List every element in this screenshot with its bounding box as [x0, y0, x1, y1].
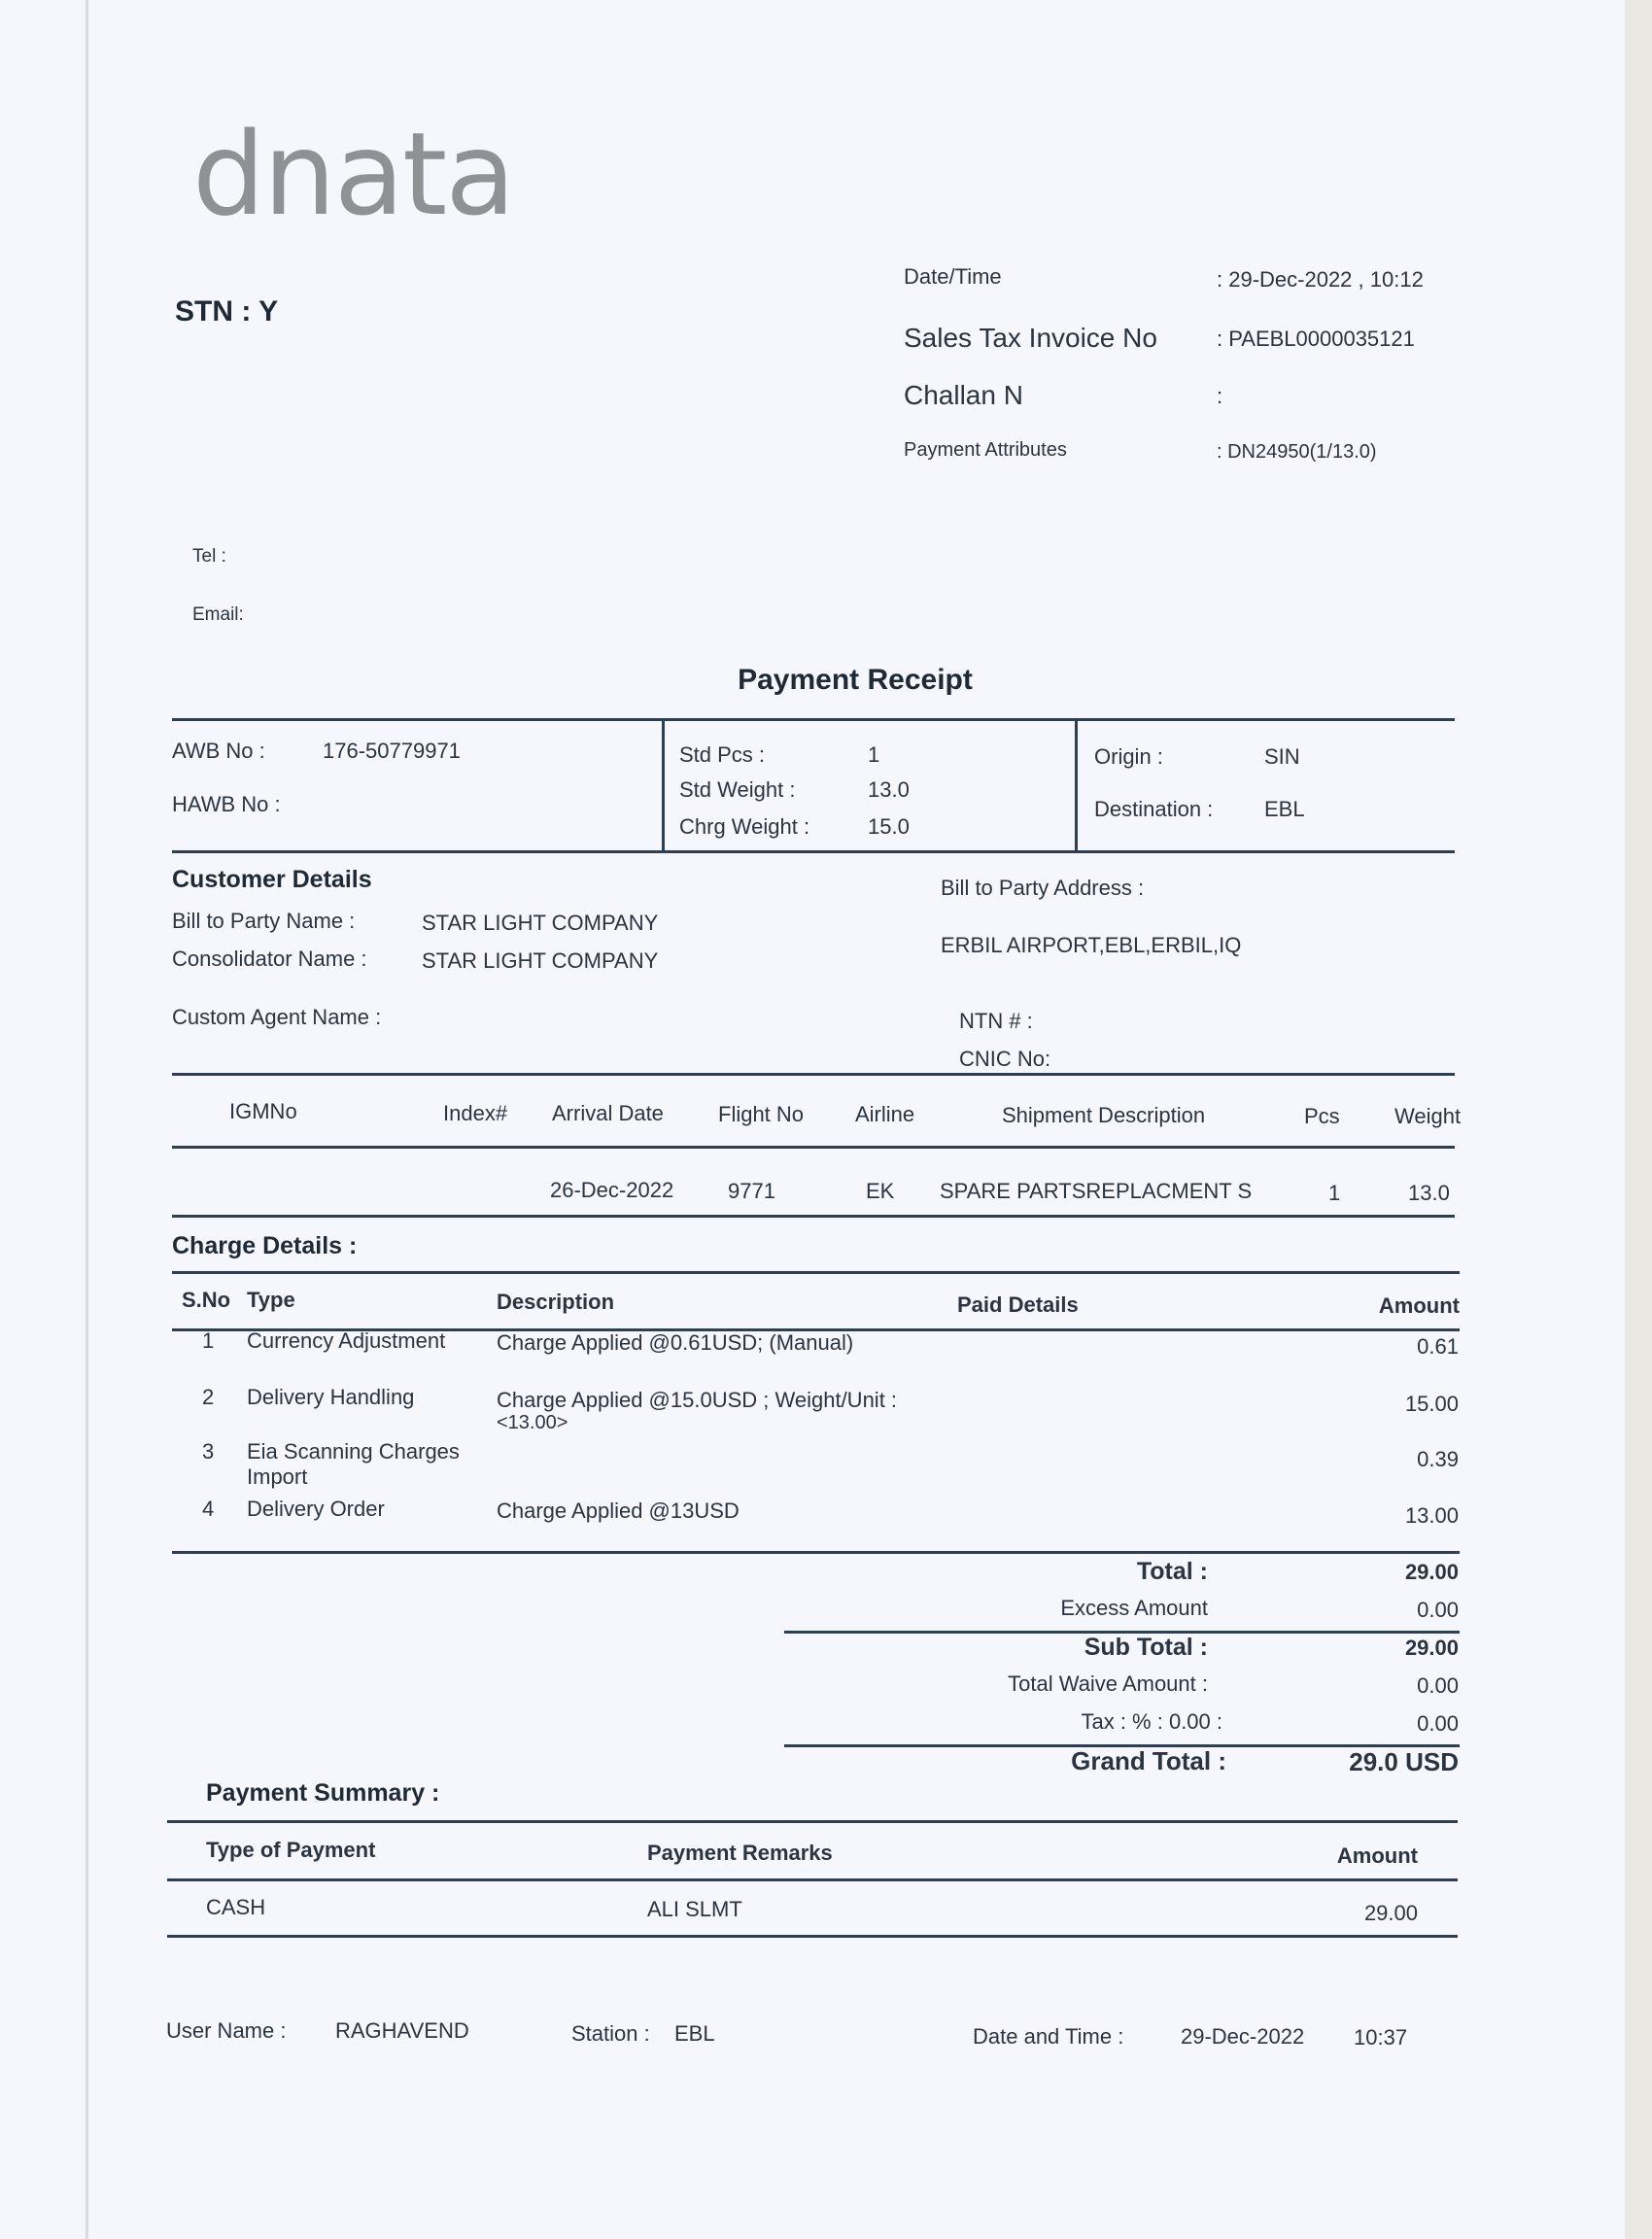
charge-type: Delivery Handling: [247, 1385, 414, 1410]
charge-description-line2: <13.00>: [497, 1412, 568, 1434]
cnic-label: CNIC No:: [959, 1047, 1050, 1072]
charge-sno: 3: [202, 1439, 214, 1464]
col-description: Description: [497, 1290, 614, 1315]
col-index: Index#: [443, 1101, 507, 1126]
sub-total-value: 29.00: [1263, 1636, 1459, 1661]
total-waive-amount-value: 0.00: [1263, 1673, 1459, 1699]
total-waive-amount-label: Total Waive Amount :: [875, 1671, 1208, 1697]
bill-to-party-name-label: Bill to Party Name :: [172, 909, 355, 934]
stn-label: STN : Y: [175, 295, 278, 328]
email-label: Email:: [192, 604, 244, 626]
page-title: Payment Receipt: [0, 664, 1652, 697]
divider: [172, 1146, 1455, 1149]
shipment-description-cell: SPARE PARTSREPLACMENT S: [940, 1179, 1252, 1204]
col-paid-details: Paid Details: [957, 1292, 1079, 1318]
excess-amount-label: Excess Amount: [875, 1596, 1208, 1621]
tax-label: Tax : % : 0.00 :: [875, 1709, 1222, 1735]
sales-tax-invoice-label: Sales Tax Invoice No: [904, 323, 1157, 354]
total-label: Total :: [875, 1558, 1208, 1586]
custom-agent-label: Custom Agent Name :: [172, 1005, 381, 1030]
charge-sno: 2: [202, 1385, 214, 1410]
divider: [172, 718, 1455, 721]
destination-label: Destination :: [1094, 797, 1213, 822]
challan-label: Challan N: [904, 380, 1023, 411]
footer-date-value: 29-Dec-2022: [1181, 2024, 1304, 2050]
col-type: Type: [247, 1288, 295, 1313]
charge-amount: 15.00: [1263, 1392, 1459, 1417]
awb-value: 176-50779971: [323, 739, 461, 764]
pcs-cell: 1: [1328, 1181, 1340, 1206]
charge-description: Charge Applied @0.61USD; (Manual): [497, 1330, 853, 1356]
total-value: 29.00: [1263, 1560, 1459, 1585]
divider: [167, 1878, 1458, 1881]
charge-description: Charge Applied @13USD: [497, 1498, 740, 1524]
charge-details-heading: Charge Details :: [172, 1232, 357, 1260]
grand-total-value: 29.0 USD: [1244, 1747, 1459, 1777]
charge-amount: 13.00: [1263, 1503, 1459, 1529]
col-flight-no: Flight No: [718, 1102, 804, 1127]
airline-cell: EK: [866, 1179, 894, 1204]
col-payment-remarks: Payment Remarks: [647, 1841, 833, 1866]
divider: [167, 1820, 1458, 1823]
col-type-of-payment: Type of Payment: [206, 1838, 375, 1863]
origin-label: Origin :: [1094, 744, 1163, 770]
challan-value: :: [1217, 384, 1222, 409]
charge-description: Charge Applied @15.0USD ; Weight/Unit :: [497, 1388, 897, 1413]
payment-type-cell: CASH: [206, 1895, 265, 1920]
consolidator-name-label: Consolidator Name :: [172, 947, 367, 972]
ntn-label: NTN # :: [959, 1009, 1033, 1034]
divider: [172, 1551, 1460, 1554]
col-sno: S.No: [182, 1288, 230, 1313]
charge-type-line2: Import: [247, 1464, 307, 1490]
sub-total-label: Sub Total :: [875, 1634, 1208, 1662]
excess-amount-value: 0.00: [1263, 1598, 1459, 1623]
bill-to-party-address-value: ERBIL AIRPORT,EBL,ERBIL,IQ: [941, 933, 1241, 958]
col-arrival-date: Arrival Date: [552, 1101, 664, 1126]
station-label: Station :: [571, 2021, 650, 2047]
bill-to-party-name-value: STAR LIGHT COMPANY: [422, 911, 658, 936]
divider: [167, 1935, 1458, 1938]
divider: [662, 720, 665, 850]
datetime-footer-label: Date and Time :: [973, 2024, 1123, 2050]
chrg-weight-value: 15.0: [868, 814, 910, 840]
flight-no-cell: 9771: [728, 1179, 775, 1204]
grand-total-label: Grand Total :: [875, 1746, 1226, 1776]
col-amount: Amount: [1263, 1293, 1460, 1319]
sales-tax-invoice-value: : PAEBL0000035121: [1217, 327, 1415, 352]
hawb-label: HAWB No :: [172, 792, 281, 817]
charge-type: Delivery Order: [247, 1497, 385, 1522]
customer-details-heading: Customer Details: [172, 866, 372, 894]
arrival-date-cell: 26-Dec-2022: [550, 1178, 673, 1203]
col-payment-amount: Amount: [1263, 1843, 1418, 1869]
divider: [172, 1215, 1455, 1218]
divider: [1075, 720, 1078, 850]
user-name-label: User Name :: [166, 2018, 286, 2044]
payment-attributes-value: : DN24950(1/13.0): [1217, 441, 1377, 464]
datetime-value: : 29-Dec-2022 , 10:12: [1217, 267, 1424, 293]
charge-type: Currency Adjustment: [247, 1328, 445, 1354]
origin-value: SIN: [1264, 744, 1300, 770]
chrg-weight-label: Chrg Weight :: [679, 814, 809, 840]
charge-type: Eia Scanning Charges: [247, 1439, 460, 1464]
datetime-label: Date/Time: [904, 264, 1002, 290]
col-igmno: IGMNo: [229, 1099, 297, 1124]
charge-amount: 0.39: [1263, 1447, 1459, 1472]
dnata-logo: dnata: [192, 117, 514, 231]
divider: [172, 850, 1455, 853]
footer-time-value: 10:37: [1354, 2025, 1407, 2050]
col-weight: Weight: [1394, 1104, 1461, 1129]
weight-cell: 13.0: [1408, 1181, 1450, 1206]
payment-amount-cell: 29.00: [1263, 1901, 1418, 1926]
payment-remarks-cell: ALI SLMT: [647, 1897, 742, 1922]
col-pcs: Pcs: [1304, 1104, 1340, 1129]
bill-to-party-address-label: Bill to Party Address :: [941, 876, 1144, 901]
divider: [172, 1073, 1455, 1076]
tax-value: 0.00: [1263, 1711, 1459, 1737]
tel-label: Tel :: [192, 546, 226, 568]
charge-amount: 0.61: [1263, 1334, 1459, 1360]
payment-attributes-label: Payment Attributes: [904, 439, 1067, 462]
std-weight-value: 13.0: [868, 777, 910, 803]
charge-sno: 1: [202, 1328, 214, 1354]
station-value: EBL: [674, 2021, 715, 2047]
payment-summary-heading: Payment Summary :: [206, 1779, 439, 1808]
user-name-value: RAGHAVEND: [335, 2018, 469, 2044]
consolidator-name-value: STAR LIGHT COMPANY: [422, 948, 658, 974]
awb-label: AWB No :: [172, 739, 265, 764]
destination-value: EBL: [1264, 797, 1305, 822]
std-pcs-value: 1: [868, 742, 879, 768]
std-weight-label: Std Weight :: [679, 777, 795, 803]
divider: [172, 1271, 1460, 1274]
charge-sno: 4: [202, 1497, 214, 1522]
col-airline: Airline: [855, 1102, 914, 1127]
col-shipment-description: Shipment Description: [1002, 1103, 1205, 1128]
std-pcs-label: Std Pcs :: [679, 742, 765, 768]
